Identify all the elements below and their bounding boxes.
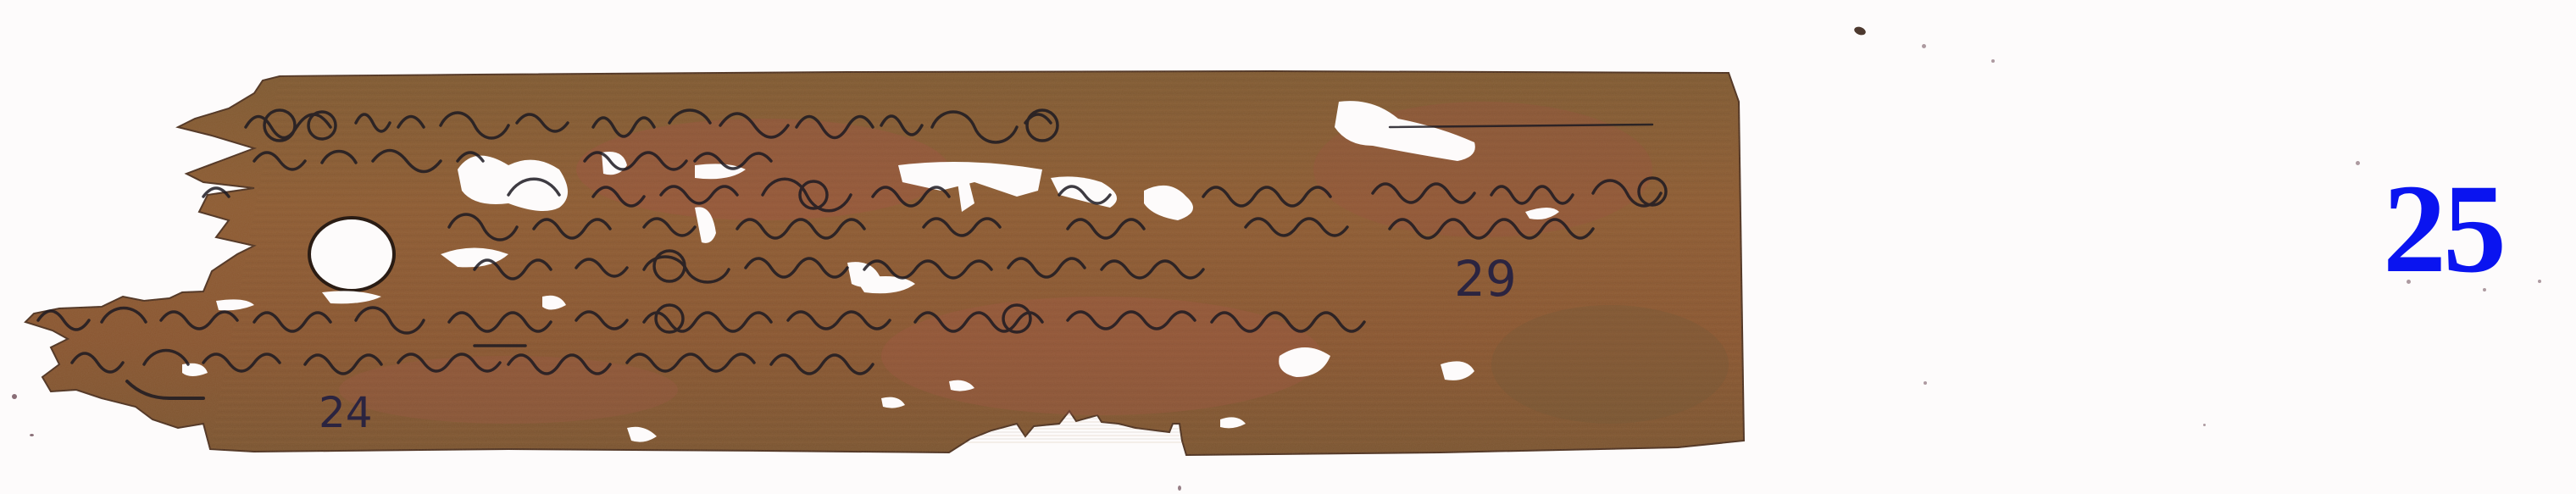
manuscript-leaf: 29 24 [0,0,2576,494]
dust-speck [1991,59,1995,63]
folio-mark-left: 24 [319,391,373,434]
dust-speck [2538,280,2541,283]
dust-speck [1178,486,1181,491]
dust-speck [2356,161,2360,165]
dust-speck [12,394,17,399]
page-number: 25 [2383,165,2503,292]
dust-speck [30,434,34,436]
binding-hole [309,218,394,291]
dust-speck [1922,44,1926,48]
palm-leaf-image [0,0,2576,494]
dust-speck [2203,424,2206,426]
folio-mark-right: 29 [1454,254,1517,303]
dust-speck [1924,381,1927,385]
